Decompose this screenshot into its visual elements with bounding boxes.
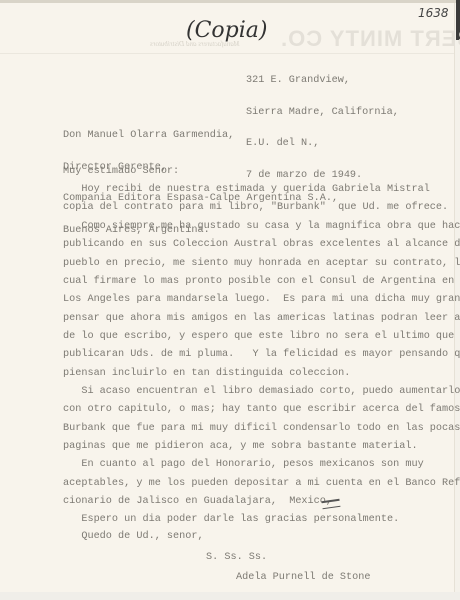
closing-abbreviation: S. Ss. Ss. xyxy=(206,552,267,563)
handwritten-copy-note: (Copia) xyxy=(186,18,267,43)
body-line: cual firmare lo mas pronto posible con e… xyxy=(63,276,454,287)
body-line: piensan incluirlo en tan distinguida col… xyxy=(63,368,350,379)
body-line: En cuanto al pago del Honorario, pesos m… xyxy=(63,459,424,470)
body-line: Burbank que fue para mi muy dificil cond… xyxy=(63,423,460,434)
body-line: Hoy recibi de nuestra estimada y querida… xyxy=(63,184,430,195)
body-line: publicando en sus Coleccion Austral obra… xyxy=(63,239,460,250)
salutation: Muy estimado Senor: xyxy=(63,166,179,177)
recipient-line: Don Manuel Olarra Garmendia, xyxy=(63,131,338,142)
body-line: de lo que escribo, y espero que este lib… xyxy=(63,331,454,342)
closing: Quedo de Ud., senor, xyxy=(63,531,204,542)
sender-address-line: 321 E. Grandview, xyxy=(246,76,399,87)
body-line: con otro capitulo, o mas; hay tanto que … xyxy=(63,404,460,415)
scan-bottom-edge xyxy=(0,592,460,600)
body-line: publicaran Uds. de mi pluma. Y la felici… xyxy=(63,349,460,360)
letterhead-company-bleedthrough: THE ROBERT MINTY CO. xyxy=(280,26,460,52)
body-line: Si acaso encuentran el libro demasiado c… xyxy=(63,386,460,397)
body-line: pensar que ahora mis amigos en las ameri… xyxy=(63,313,460,324)
scan-top-edge xyxy=(0,0,460,3)
body-line: aceptables, y me los pueden depositar a … xyxy=(63,478,460,489)
body-line: Espero un dia poder darle las gracias pe… xyxy=(63,514,399,525)
letterhead-divider xyxy=(0,53,454,54)
body-line: Los Angeles para mandarsela luego. Es pa… xyxy=(63,294,460,305)
body-line: cionario de Jalisco en Guadalajara, Mexi… xyxy=(63,496,332,507)
body-line: Como siempre me ha gustado su casa y la … xyxy=(63,221,460,232)
signature-name: Adela Purnell de Stone xyxy=(236,572,371,583)
body-line: pueblo en precio, me siento muy honrada … xyxy=(63,258,460,269)
archive-number: 1638 xyxy=(418,6,449,20)
body-line: copia del contrato para mi libro, "Burba… xyxy=(63,202,448,213)
body-line: paginas que me pidieron aca, y me sobra … xyxy=(63,441,418,452)
